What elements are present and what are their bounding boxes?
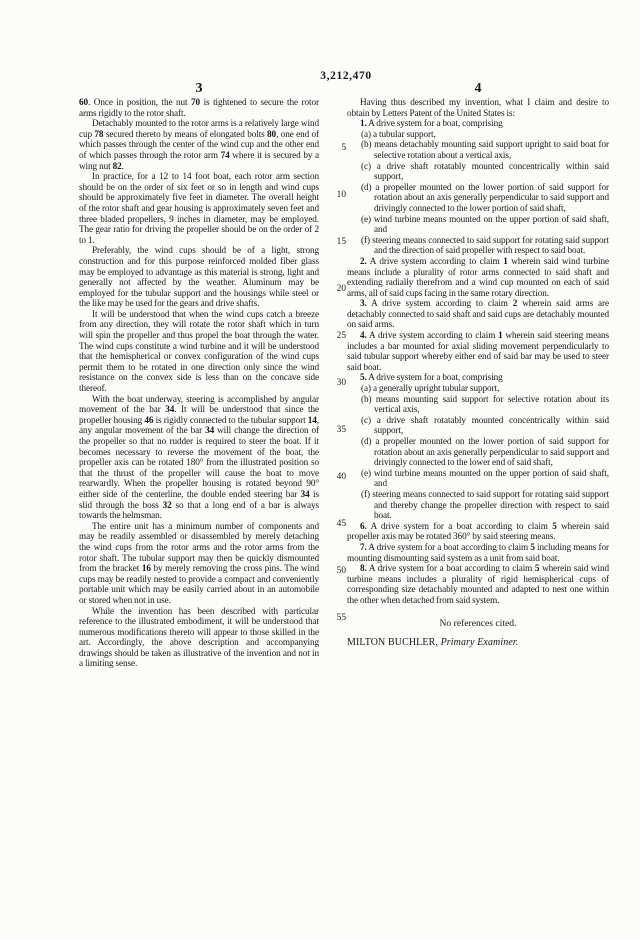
gutter-line-number: 50 — [324, 566, 346, 577]
claim-subpart: (c) a drive shaft rotatably mounted conc… — [347, 161, 609, 182]
gutter-line-number: 10 — [324, 190, 346, 201]
description-paragraph: Detachably mounted to the rotor arms is … — [79, 118, 319, 171]
gutter-line-number: 15 — [324, 237, 346, 248]
examiner-name: MILTON BUCHLER, — [347, 637, 438, 648]
claim-subpart: (f) steering means connected to said sup… — [347, 489, 609, 521]
claims-list: 1. A drive system for a boat, comprising… — [347, 118, 609, 605]
left-column-number: 3 — [79, 82, 319, 96]
claim-text: 8. A drive system for a boat according t… — [347, 563, 609, 605]
right-column-body: Having thus described my invention, what… — [347, 97, 609, 648]
gutter-line-number: 55 — [324, 613, 346, 624]
description-paragraph: With the boat underway, steering is acco… — [79, 394, 319, 521]
description-paragraph: While the invention has been described w… — [79, 606, 319, 670]
claim-text: 2. A drive system according to claim 1 w… — [347, 256, 609, 298]
claim-text: 6. A drive system for a boat according t… — [347, 521, 609, 542]
line-number-gutter — [319, 82, 347, 669]
description-paragraph: Preferably, the wind cups should be of a… — [79, 245, 319, 309]
gutter-line-number: 35 — [324, 425, 346, 436]
left-column: 3 60. Once in position, the nut 70 is ti… — [79, 82, 319, 669]
claim-subpart: (d) a propeller mounted on the lower por… — [347, 182, 609, 214]
description-paragraph: It will be understood that when the wind… — [79, 309, 319, 394]
right-column-number: 4 — [347, 82, 609, 96]
examiner-title: Primary Examiner. — [441, 637, 519, 648]
claim-subpart: (b) means detachably mounting said suppo… — [347, 139, 609, 160]
claim-subpart: (c) a drive shaft rotatably mounted conc… — [347, 415, 609, 436]
claim-subpart: (e) wind turbine means mounted on the up… — [347, 214, 609, 235]
two-column-layout: 3 60. Once in position, the nut 70 is ti… — [79, 82, 609, 669]
patent-page: 3,212,470 3 60. Once in position, the nu… — [0, 0, 640, 940]
claim-text: 7. A drive system for a boat according t… — [347, 542, 609, 563]
claim-text: 1. A drive system for a boat, comprising — [347, 118, 609, 129]
claim-subpart: (b) means mounting said support for sele… — [347, 394, 609, 415]
gutter-line-number: 25 — [324, 331, 346, 342]
patent-number: 3,212,470 — [52, 70, 640, 82]
description-paragraph: 60. Once in position, the nut 70 is tigh… — [79, 97, 319, 118]
claim-text: 5. A drive system for a boat, comprising — [347, 372, 609, 383]
claim-subpart: (a) a tubular support, — [347, 129, 609, 140]
claim-subpart: (d) a propeller mounted on the lower por… — [347, 436, 609, 468]
gutter-line-number: 40 — [324, 472, 346, 483]
no-references-cited: No references cited. — [347, 618, 609, 629]
claim-text: 3. A drive system according to claim 2 w… — [347, 298, 609, 330]
gutter-line-number: 45 — [324, 519, 346, 530]
claim-text: 4. A drive system according to claim 1 w… — [347, 330, 609, 372]
gutter-line-number: 20 — [324, 284, 346, 295]
right-column: 4 Having thus described my invention, wh… — [347, 82, 609, 669]
claim-subpart: (a) a generally upright tubular support, — [347, 383, 609, 394]
examiner-line: MILTON BUCHLER, Primary Examiner. — [347, 637, 609, 648]
claim-subpart: (e) wind turbine means mounted on the up… — [347, 468, 609, 489]
claims-intro: Having thus described my invention, what… — [347, 97, 609, 118]
gutter-line-number: 5 — [324, 143, 346, 154]
description-paragraph: The entire unit has a minimum number of … — [79, 521, 319, 606]
gutter-line-number: 30 — [324, 378, 346, 389]
claim-subpart: (f) steering means connected to said sup… — [347, 235, 609, 256]
description-paragraph: In practice, for a 12 to 14 foot boat, e… — [79, 171, 319, 245]
left-column-body: 60. Once in position, the nut 70 is tigh… — [79, 97, 319, 669]
